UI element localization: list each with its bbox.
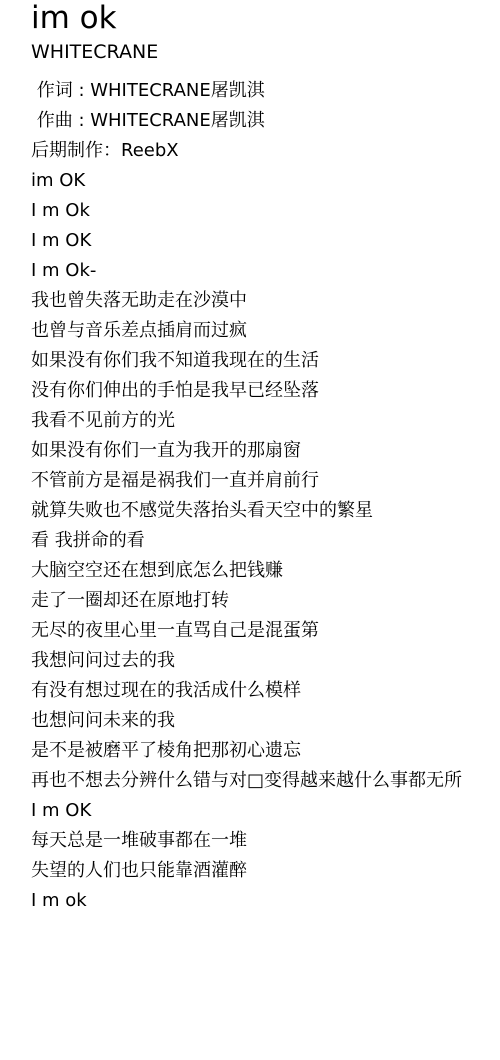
lyric-line: 如果没有你们一直为我开的那扇窗 xyxy=(31,436,500,466)
lyric-line: 也想问问未来的我 xyxy=(31,706,500,736)
lyric-line: 每天总是一堆破事都在一堆 xyxy=(31,826,500,856)
lyric-line: I m OK xyxy=(31,226,500,256)
lyric-line: 失望的人们也只能靠酒灌醉 xyxy=(31,856,500,886)
lyric-line: 我也曾失落无助走在沙漠中 xyxy=(31,286,500,316)
lyric-line: I m ok xyxy=(31,886,500,916)
lyrics-list: 作词 : WHITECRANE屠凯淇 作曲 : WHITECRANE屠凯淇 后期… xyxy=(31,68,500,916)
lyrics-page: im ok WHITECRANE 作词 : WHITECRANE屠凯淇 作曲 :… xyxy=(31,0,500,916)
lyric-line: 不管前方是福是祸我们一直并肩前行 xyxy=(31,466,500,496)
artist-name: WHITECRANE xyxy=(31,38,500,68)
lyric-line: 如果没有你们我不知道我现在的生活 xyxy=(31,346,500,376)
lyric-line: I m Ok xyxy=(31,196,500,226)
lyric-line: 我看不见前方的光 xyxy=(31,406,500,436)
lyric-line: im OK xyxy=(31,166,500,196)
lyric-line: 有没有想过现在的我活成什么模样 xyxy=(31,676,500,706)
lyric-line-producer: 后期制作：ReebX xyxy=(31,136,500,166)
lyric-line-composer: 作曲 : WHITECRANE屠凯淇 xyxy=(31,106,500,136)
lyric-line: 无尽的夜里心里一直骂自己是混蛋第 xyxy=(31,616,500,646)
lyric-line: 走了一圈却还在原地打转 xyxy=(31,586,500,616)
song-title: im ok xyxy=(31,0,500,38)
lyric-line: 就算失败也不感觉失落抬头看天空中的繁星 xyxy=(31,496,500,526)
lyric-line: 大脑空空还在想到底怎么把钱赚 xyxy=(31,556,500,586)
lyric-line: 也曾与音乐差点插肩而过疯 xyxy=(31,316,500,346)
lyric-line: 是不是被磨平了棱角把那初心遗忘 xyxy=(31,736,500,766)
lyric-line: 看 我拼命的看 xyxy=(31,526,500,556)
lyric-line-lyricist: 作词 : WHITECRANE屠凯淇 xyxy=(31,76,500,106)
lyric-line: 再也不想去分辨什么错与对□变得越来越什么事都无所 xyxy=(31,766,500,796)
lyric-line: 我想问问过去的我 xyxy=(31,646,500,676)
lyric-line: 没有你们伸出的手怕是我早已经坠落 xyxy=(31,376,500,406)
lyric-line: I m Ok- xyxy=(31,256,500,286)
lyric-line: I m OK xyxy=(31,796,500,826)
